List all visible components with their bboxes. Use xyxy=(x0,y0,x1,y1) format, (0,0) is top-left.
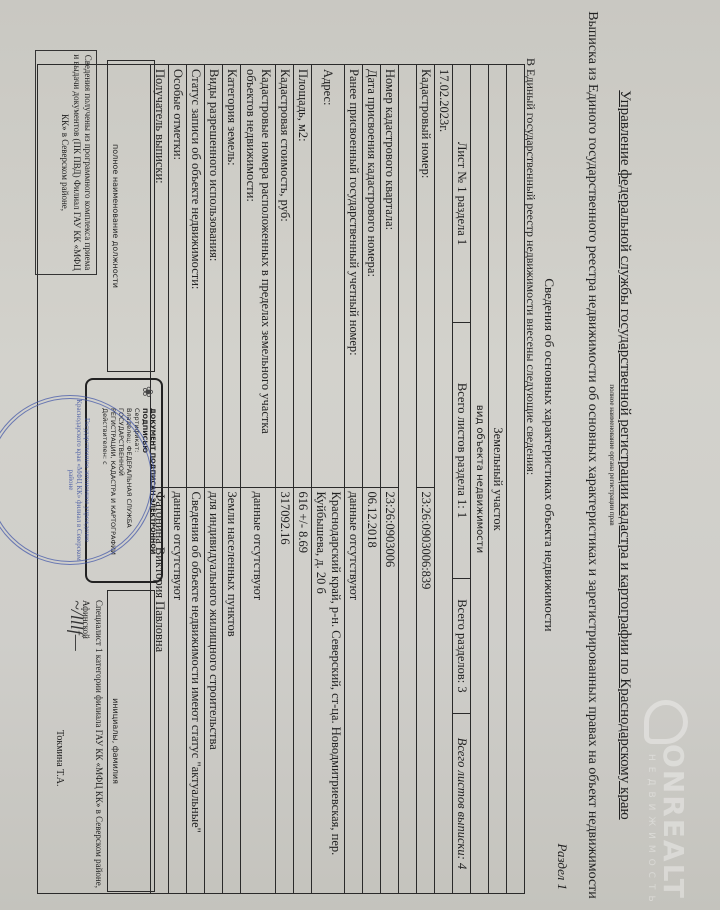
field-label: Ранее присвоенный государственный учетны… xyxy=(345,65,363,488)
house-logo-icon xyxy=(644,700,688,744)
sheets-total: Всего листов выписки: 4 xyxy=(453,713,471,893)
sheet-number: Лист № 1 раздела 1 xyxy=(453,65,471,323)
initials-caption: инициалы, фамилия xyxy=(111,591,120,891)
spacer-cell xyxy=(399,65,417,894)
document-page: ONREALT НЕДВИЖИМОСТЬ Управление федераль… xyxy=(0,0,720,910)
field-label: Особые отметки: xyxy=(169,65,187,488)
spacer-cell xyxy=(507,65,525,894)
intro-text: В Единый государственный реестр недвижим… xyxy=(523,58,538,475)
field-value: Сведения об объекте недвижимости имеют с… xyxy=(187,487,205,894)
field-label: Статус записи об объекте недвижимости: xyxy=(187,65,205,488)
field-label: Категория земель: xyxy=(223,65,241,488)
field-label: Кадастровый номер: xyxy=(417,65,435,488)
issuer-name: Токмина Т.А. xyxy=(54,730,65,787)
field-value: 23:26:0903006:839 xyxy=(417,487,435,894)
position-field: полное наименование должности xyxy=(107,60,155,372)
field-value: 23:26:0903006 xyxy=(381,487,399,894)
field-label: Дата присвоения кадастрового номера: xyxy=(363,65,381,488)
issuer-title: Специалист 1 категории филиала ГАУ КК «М… xyxy=(92,600,105,888)
agency-caption: полное наименование органа регистрации п… xyxy=(608,0,616,910)
field-value: для индивидуального жилищного строительс… xyxy=(205,487,223,894)
field-value: данные отсутствуют xyxy=(345,487,363,894)
object-type: Земельный участок xyxy=(489,65,507,894)
handwritten-signature: ~/lllf— xyxy=(66,600,87,651)
coat-of-arms-icon: ❀ xyxy=(139,386,155,398)
field-label: Кадастровые номера расположенных в преде… xyxy=(241,65,276,488)
field-label: Кадастровая стоимость, руб: xyxy=(276,65,294,488)
extract-date: 17.02.2023г. xyxy=(435,65,453,894)
watermark-subtitle: НЕДВИЖИМОСТЬ xyxy=(646,754,656,908)
stamp-text: Государственное автономное учреждение Кр… xyxy=(67,399,91,560)
watermark-name: ONREALT xyxy=(657,744,690,900)
document-title: Выписка из Единого государственного реес… xyxy=(584,0,600,910)
agency-name: Управление федеральной службы государств… xyxy=(616,0,633,910)
object-type-caption: вид объекта недвижимости xyxy=(471,65,489,894)
signature-footer: полное наименование должности инициалы, … xyxy=(35,40,155,900)
field-value: данные отсутствуют xyxy=(169,487,187,894)
sheets-in-section: Всего листов раздела 1: 1 xyxy=(453,323,471,579)
field-value: Краснодарский край, р-н. Северский, ст-ц… xyxy=(312,487,345,894)
field-value: 616 +/- 8.69 xyxy=(294,487,312,894)
initials-field: инициалы, фамилия xyxy=(107,590,155,892)
watermark: ONREALT НЕДВИЖИМОСТЬ xyxy=(630,700,690,890)
field-value: 317092.16 xyxy=(276,487,294,894)
position-caption: полное наименование должности xyxy=(111,61,120,371)
field-value: данные отсутствуют xyxy=(241,487,276,894)
sections-total: Всего разделов: 3 xyxy=(453,578,471,713)
field-label: Виды разрешенного использования: xyxy=(205,65,223,488)
field-label: Номер кадастрового квартала: xyxy=(381,65,399,488)
source-note: Сведения получены из программного компле… xyxy=(35,50,97,275)
document-subtitle: Сведения об основных характеристиках объ… xyxy=(541,0,557,910)
field-value: 06.12.2018 xyxy=(363,487,381,894)
field-value: Земли населенных пунктов xyxy=(223,487,241,894)
field-label: Площадь, м2: xyxy=(294,65,312,488)
field-label: Адрес: xyxy=(312,65,345,488)
